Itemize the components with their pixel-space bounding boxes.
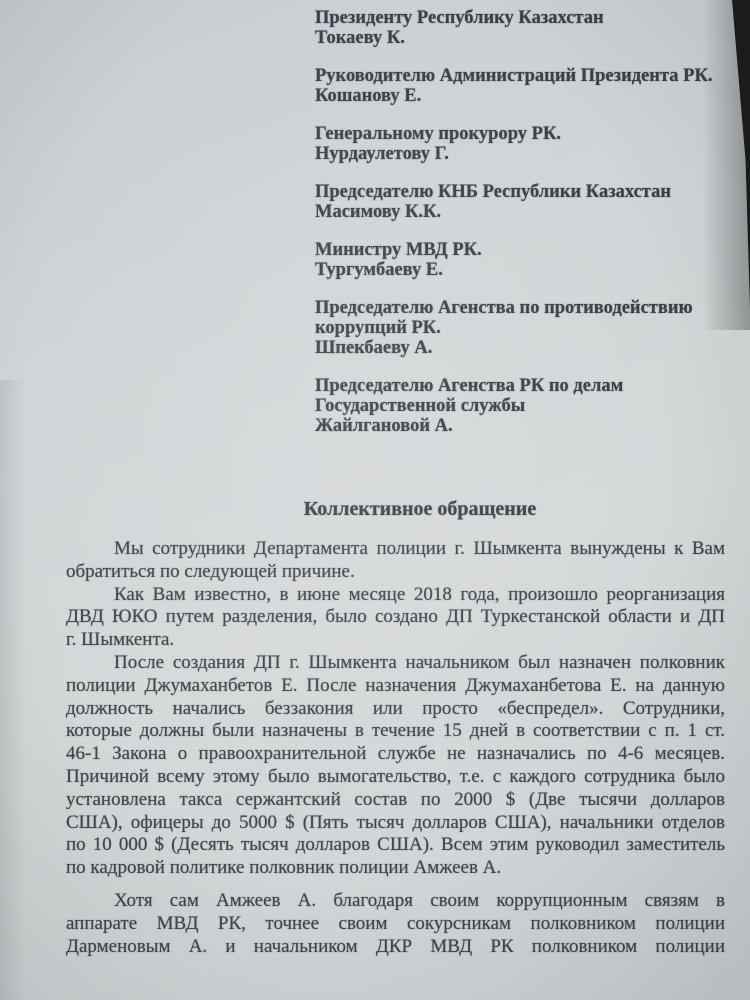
recipient-group-president: Президенту Республику Казахстан Токаеву … (315, 8, 713, 48)
recipient-line: Министру МВД РК. (315, 240, 713, 260)
recipient-group-prosecutor: Генеральному прокурору РК. Нурдаулетову … (315, 124, 713, 164)
recipient-group-anticorruption: Председателю Агенства по противодействию… (315, 298, 713, 358)
paper-left-shading (0, 380, 26, 1000)
recipient-group-administration: Руководителю Администраций Президента РК… (315, 66, 713, 106)
recipient-line: Тургумбаеву Е. (315, 260, 713, 280)
document-photo: Президенту Республику Казахстан Токаеву … (0, 0, 750, 1000)
recipient-line: Руководителю Администраций Президента РК… (315, 66, 713, 86)
body-line: Хотя сам Амжеев А. благодаря своим корру… (66, 890, 725, 913)
paper-sheet: Президенту Республику Казахстан Токаеву … (0, 0, 750, 1000)
body-line: должность начались беззакония или просто… (66, 698, 725, 721)
body-line: г. Шымкента. (66, 629, 725, 652)
body-line: После создания ДП г. Шымкента начальнико… (66, 652, 725, 675)
recipient-block: Президенту Республику Казахстан Токаеву … (315, 8, 713, 454)
recipient-group-civil-service: Председателю Агенства РК по делам Госуда… (315, 376, 713, 436)
body-line: Причиной всему этому было вымогательство… (66, 766, 725, 789)
recipient-line: Жайлгановой А. (315, 416, 713, 436)
body-line: которые должны были назначены в течение … (66, 720, 725, 743)
recipient-line: коррупций РК. (315, 318, 713, 338)
body-line: США), офицеры до 5000 $ (Пять тысяч долл… (66, 812, 725, 835)
document-title: Коллективное обращение (66, 497, 750, 521)
paragraph-reorganization: Как Вам известно, в июне месяце 2018 год… (66, 584, 725, 652)
body-line: ДВД ЮКО путем разделения, было создано Д… (66, 606, 725, 629)
recipient-line: Токаеву К. (315, 28, 713, 48)
body-line: по кадровой политике полковник полиции А… (66, 857, 725, 880)
recipient-line: Государственной службы (315, 396, 713, 416)
recipient-line: Масимову К.К. (315, 202, 713, 222)
paragraph-extortion: После создания ДП г. Шымкента начальнико… (66, 652, 725, 880)
recipient-line: Председателю Агенства РК по делам (315, 376, 713, 396)
recipient-line: Председателю КНБ Республики Казахстан (315, 182, 713, 202)
recipient-line: Шпекбаеву А. (315, 338, 713, 358)
body-line: установлена такса сержантский состав по … (66, 789, 725, 812)
recipient-line: Нурдаулетову Г. (315, 144, 713, 164)
recipient-line: Кошанову Е. (315, 86, 713, 106)
paragraph-connections: Хотя сам Амжеев А. благодаря своим корру… (66, 890, 725, 958)
body-line: Мы сотрудники Департамента полиции г. Шы… (66, 538, 725, 561)
body-line: аппарате МВД РК, точнее своим сокурсника… (66, 913, 725, 936)
body-line: обратиться по следующей причине. (66, 561, 725, 584)
document-body: Мы сотрудники Департамента полиции г. Шы… (66, 538, 725, 958)
body-line: 46-1 Закона о правоохранительной службе … (66, 743, 725, 766)
recipient-line: Председателю Агенства по противодействию (315, 298, 713, 318)
body-line: Как Вам известно, в июне месяце 2018 год… (66, 584, 725, 607)
body-line: Дарменовым А. и начальником ДКР МВД РК п… (66, 936, 725, 959)
paragraph-intro: Мы сотрудники Департамента полиции г. Шы… (66, 538, 725, 584)
body-line: по 10 000 $ (Десять тысяч долларов США).… (66, 834, 725, 857)
recipient-line: Президенту Республику Казахстан (315, 8, 713, 28)
recipient-line: Генеральному прокурору РК. (315, 124, 713, 144)
recipient-group-mvd: Министру МВД РК. Тургумбаеву Е. (315, 240, 713, 280)
recipient-group-knb: Председателю КНБ Республики Казахстан Ма… (315, 182, 713, 222)
body-line: полиции Джумаханбетов Е. После назначени… (66, 675, 725, 698)
